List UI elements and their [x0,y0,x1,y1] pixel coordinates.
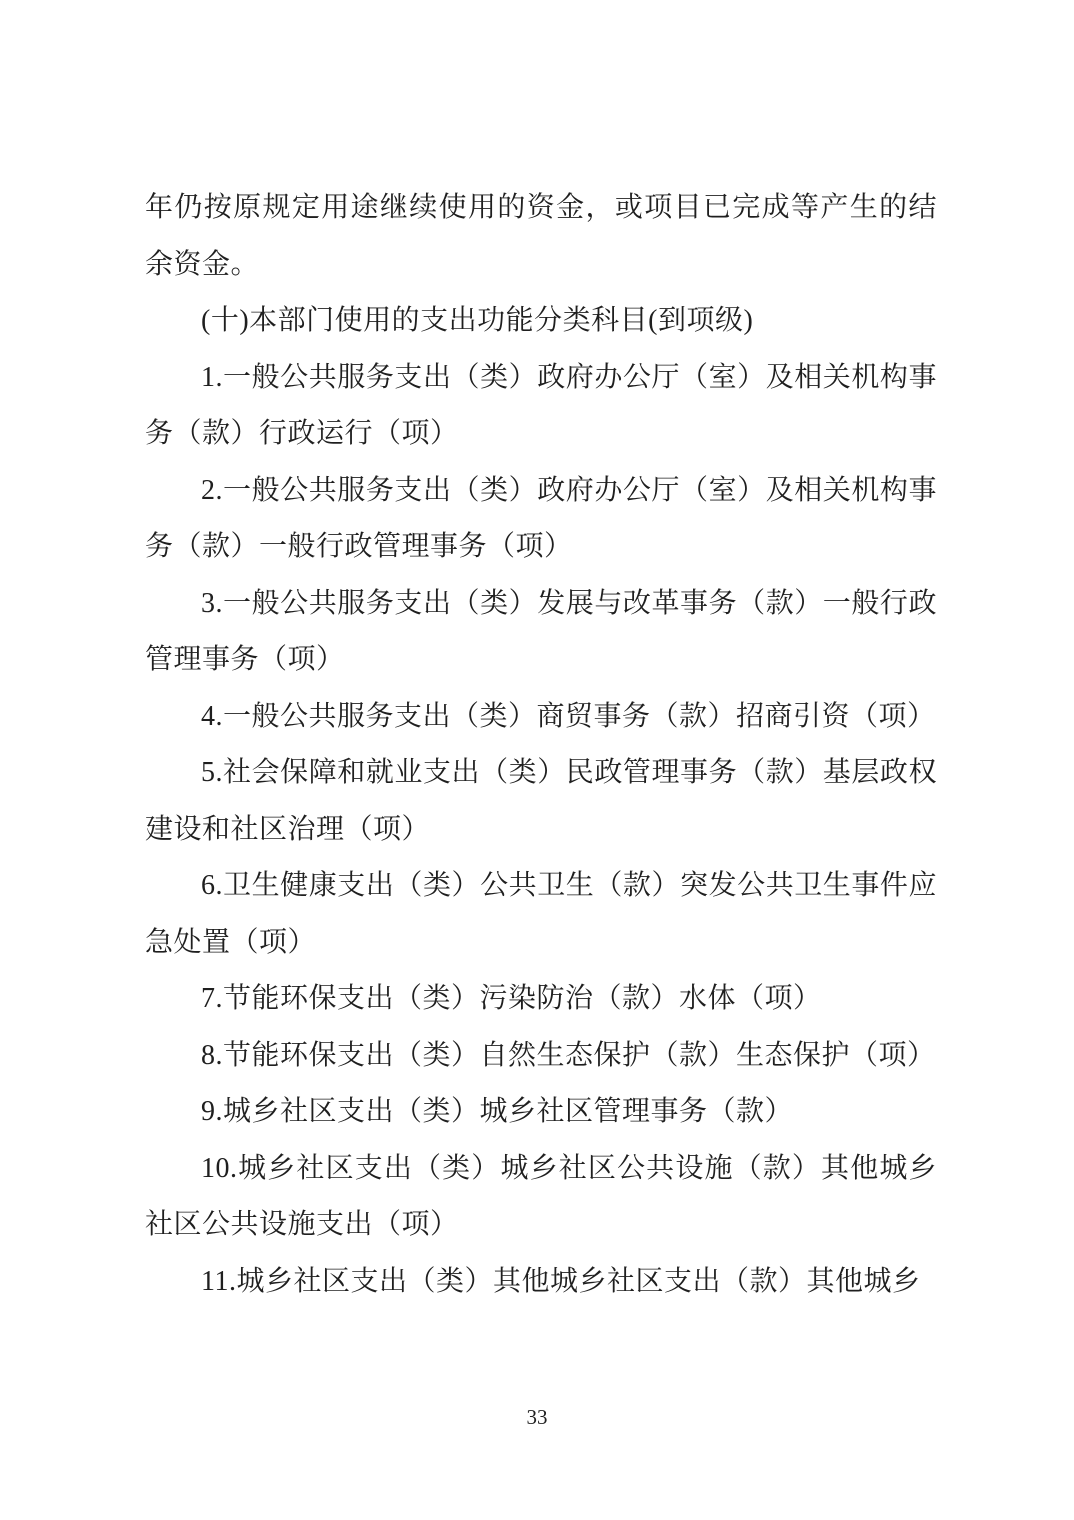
paragraph: 10.城乡社区支出（类）城乡社区公共设施（款）其他城乡社区公共设施支出（项） [145,1141,937,1254]
paragraph: 9.城乡社区支出（类）城乡社区管理事务（款） [145,1084,937,1141]
paragraph: 8.节能环保支出（类）自然生态保护（款）生态保护（项） [145,1028,937,1085]
paragraph: 年仍按原规定用途继续使用的资金，或项目已完成等产生的结余资金。 [145,180,937,293]
paragraph: 7.节能环保支出（类）污染防治（款）水体（项） [145,971,937,1028]
document-body: 年仍按原规定用途继续使用的资金，或项目已完成等产生的结余资金。(十)本部门使用的… [145,180,937,1310]
paragraph: 1.一般公共服务支出（类）政府办公厅（室）及相关机构事务（款）行政运行（项） [145,350,937,463]
paragraph: 11.城乡社区支出（类）其他城乡社区支出（款）其他城乡 [145,1254,937,1311]
paragraph: 6.卫生健康支出（类）公共卫生（款）突发公共卫生事件应急处置（项） [145,858,937,971]
document-page: 年仍按原规定用途继续使用的资金，或项目已完成等产生的结余资金。(十)本部门使用的… [0,0,1074,1520]
paragraph: 4.一般公共服务支出（类）商贸事务（款）招商引资（项） [145,689,937,746]
paragraph: 3.一般公共服务支出（类）发展与改革事务（款）一般行政管理事务（项） [145,576,937,689]
paragraph: 5.社会保障和就业支出（类）民政管理事务（款）基层政权建设和社区治理（项） [145,745,937,858]
page-number: 33 [0,1402,1074,1432]
paragraph: (十)本部门使用的支出功能分类科目(到项级) [145,293,937,350]
paragraph: 2.一般公共服务支出（类）政府办公厅（室）及相关机构事务（款）一般行政管理事务（… [145,463,937,576]
